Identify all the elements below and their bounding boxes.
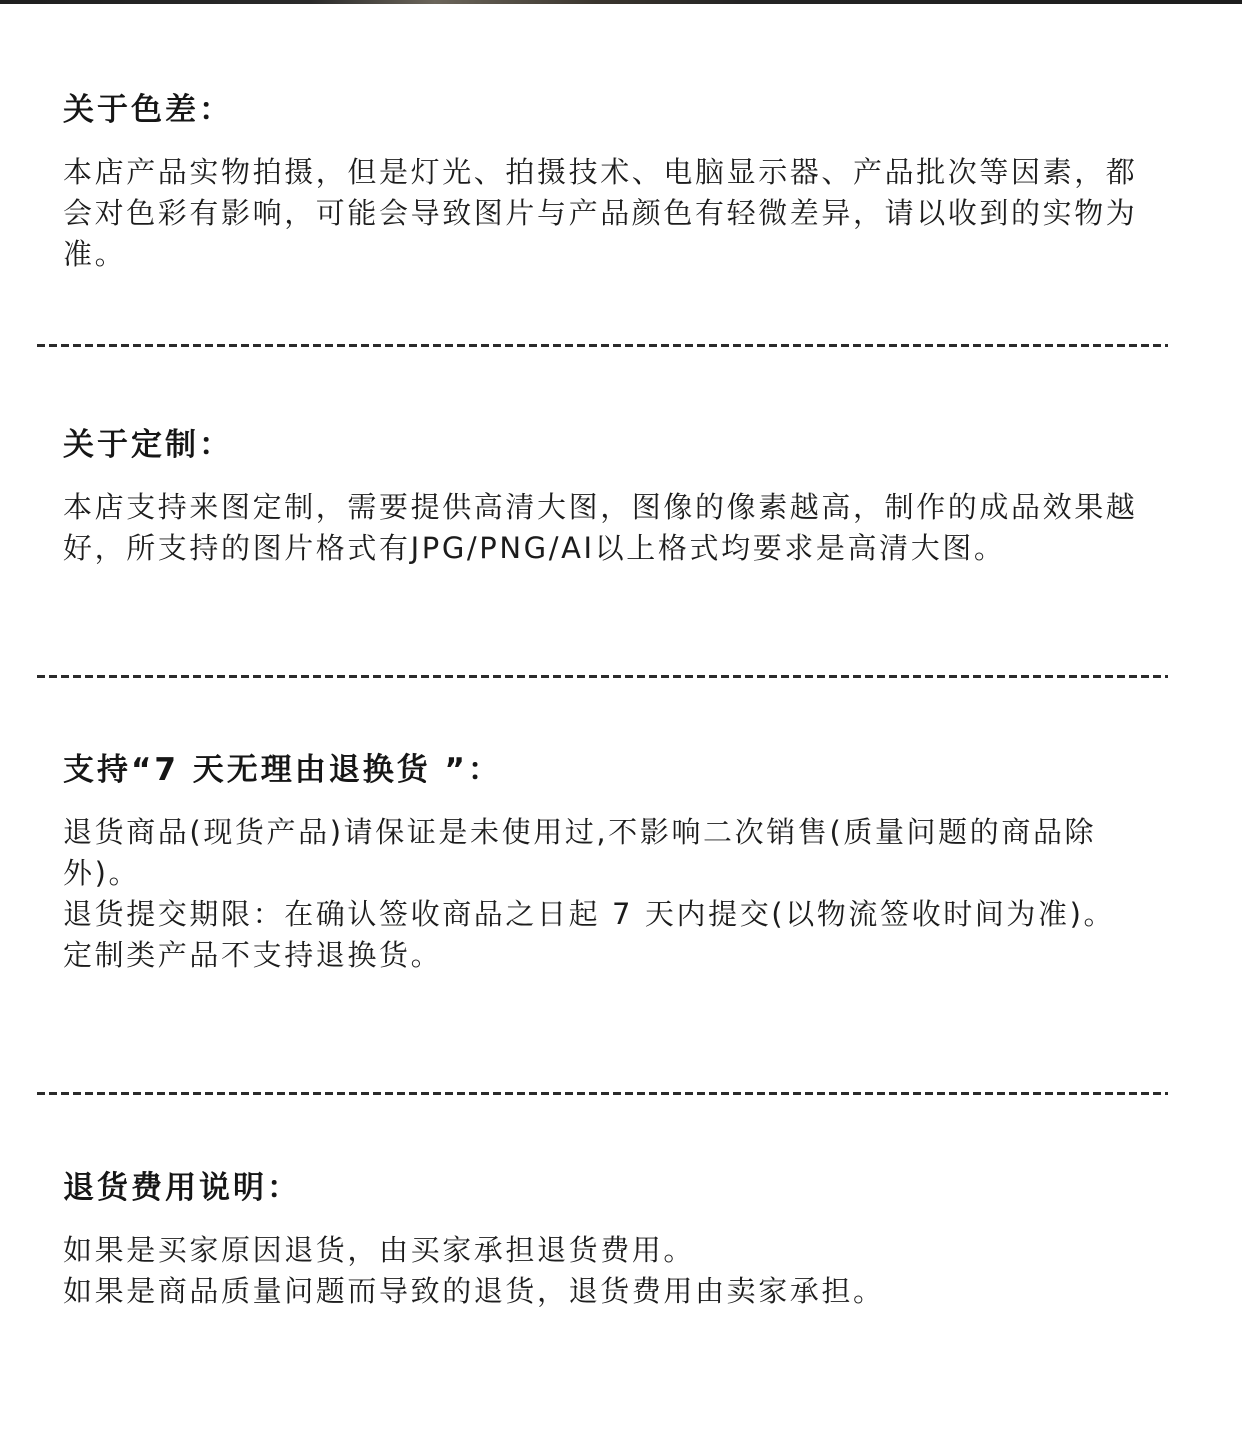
section-body: 本店支持来图定制，需要提供高清大图，图像的像素越高，制作的成品效果越好，所支持的… [63, 487, 1143, 569]
section-body: 如果是买家原因退货，由买家承担退货费用。 如果是商品质量问题而导致的退货，退货费… [63, 1230, 1143, 1312]
color-difference-section: 关于色差： 本店产品实物拍摄，但是灯光、拍摄技术、电脑显示器、产品批次等因素，都… [63, 90, 1143, 275]
paragraph: 如果是商品质量问题而导致的退货，退货费用由卖家承担。 [63, 1271, 1143, 1312]
paragraph: 如果是买家原因退货，由买家承担退货费用。 [63, 1230, 1143, 1271]
paragraph: 退货提交期限：在确认签收商品之日起 7 天内提交(以物流签收时间为准)。 [63, 894, 1143, 935]
section-body: 退货商品(现货产品)请保证是未使用过,不影响二次销售(质量问题的商品除外)。 退… [63, 812, 1143, 976]
section-title: 支持“7 天无理由退换货 ”： [63, 750, 1143, 790]
paragraph: 退货商品(现货产品)请保证是未使用过,不影响二次销售(质量问题的商品除外)。 [63, 812, 1143, 894]
paragraph: 定制类产品不支持退换货。 [63, 935, 1143, 976]
section-title: 关于色差： [63, 90, 1143, 130]
paragraph: 本店产品实物拍摄，但是灯光、拍摄技术、电脑显示器、产品批次等因素，都会对色彩有影… [63, 152, 1143, 275]
top-image-edge [0, 0, 1242, 4]
paragraph: 本店支持来图定制，需要提供高清大图，图像的像素越高，制作的成品效果越好，所支持的… [63, 487, 1143, 569]
return-fee-section: 退货费用说明： 如果是买家原因退货，由买家承担退货费用。 如果是商品质量问题而导… [63, 1168, 1143, 1312]
dashed-divider [37, 1092, 1168, 1095]
seven-day-return-section: 支持“7 天无理由退换货 ”： 退货商品(现货产品)请保证是未使用过,不影响二次… [63, 750, 1143, 976]
dashed-divider [37, 675, 1168, 678]
dashed-divider [37, 344, 1168, 347]
section-body: 本店产品实物拍摄，但是灯光、拍摄技术、电脑显示器、产品批次等因素，都会对色彩有影… [63, 152, 1143, 275]
section-title: 关于定制： [63, 425, 1143, 465]
customization-section: 关于定制： 本店支持来图定制，需要提供高清大图，图像的像素越高，制作的成品效果越… [63, 425, 1143, 569]
section-title: 退货费用说明： [63, 1168, 1143, 1208]
